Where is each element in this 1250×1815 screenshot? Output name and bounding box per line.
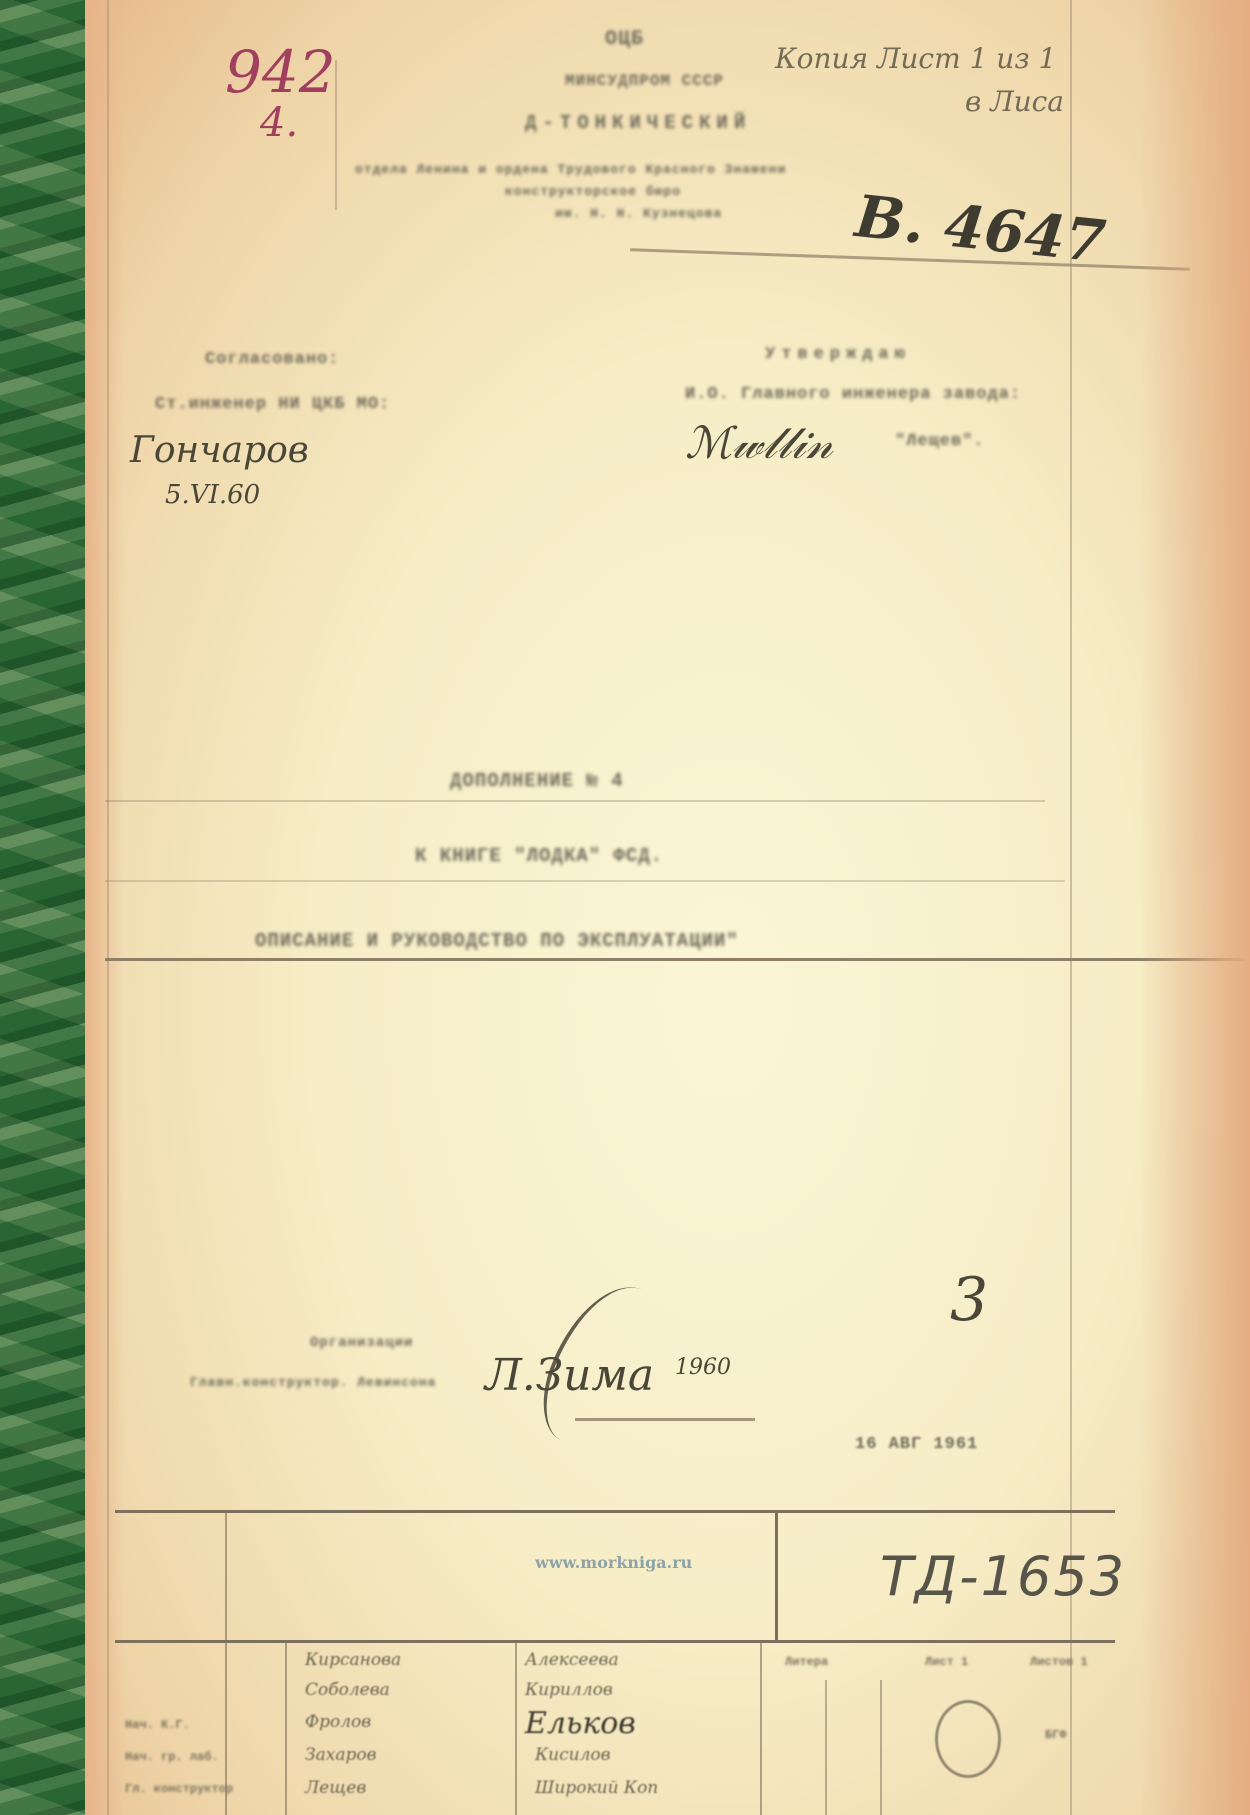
org-line-1: МИНСУДПРОМ СССР — [565, 72, 724, 90]
agreed-label: Согласовано: — [205, 350, 339, 369]
tb-rule-col2 — [285, 1640, 287, 1815]
page-number: 3 — [950, 1265, 988, 1335]
tb-rule-col5 — [825, 1680, 827, 1815]
title-line-3: ОПИСАНИЕ И РУКОВОДСТВО ПО ЭКСПЛУАТАЦИИ" — [255, 930, 739, 952]
title-underline — [105, 958, 1245, 961]
org-line-4: конструкторское бюро — [505, 184, 681, 199]
tb-rule-col4 — [760, 1640, 762, 1815]
approved-name: "Лещев". — [895, 432, 985, 451]
title-rule-1 — [105, 800, 1045, 802]
approved-label: Утверждаю — [765, 345, 911, 364]
tb-header-litera: Литера — [785, 1655, 828, 1669]
org-line-2: Д-ТОНКИЧЕСКИЙ — [525, 112, 751, 134]
tb-row-5-name: Лещев — [305, 1778, 366, 1798]
tb-row-4-name: Захаров — [305, 1745, 376, 1765]
tb-sheet-note: БГФ — [1045, 1728, 1067, 1742]
green-binding-spine — [0, 0, 85, 1815]
left-margin-rule — [107, 0, 109, 1815]
tb-row-4-sign: Кисилов — [535, 1745, 611, 1765]
agreed-date: 5.VI.60 — [165, 480, 260, 510]
handwritten-copy-note: Копия Лист 1 из 1 — [775, 42, 1056, 75]
tb-row-3-name: Фролов — [305, 1712, 371, 1732]
title-line-2: К КНИГЕ "ЛОДКА" ФСД. — [415, 845, 663, 867]
tb-row-3-role: Нач. К.Г. — [125, 1718, 190, 1732]
agreed-position: Ст.инженер НИ ЦКБ МО: — [155, 395, 390, 414]
tb-top-rule — [115, 1510, 1115, 1513]
document-code: ТД-1653 — [880, 1545, 1126, 1608]
tb-rule-col3 — [515, 1640, 517, 1815]
signature-underline — [575, 1418, 755, 1421]
tb-rule-col6 — [880, 1680, 882, 1815]
organization-label: Организации — [310, 1335, 413, 1351]
document-page: 942 4. ОЦБ МИНСУДПРОМ СССР Д-ТОНКИЧЕСКИЙ… — [85, 0, 1250, 1815]
tb-rule-right — [775, 1510, 778, 1640]
agreed-signature: Гончаров — [130, 430, 309, 471]
chief-designer-label: Главн.конструктор. Левинсона — [190, 1375, 436, 1390]
tb-row-5-role: Гл. конструктор — [125, 1782, 233, 1796]
org-line-5: им. Н. Н. Кузнецова — [555, 206, 722, 221]
otk-stamp-icon — [935, 1700, 1001, 1778]
watermark: www.morkniga.ru — [535, 1553, 692, 1572]
handwritten-copy-note-2: в Лиса — [965, 85, 1064, 118]
tb-row-3-sign: Ельков — [525, 1706, 636, 1741]
approved-signature: ℳ𝓌𝓁𝓁𝒾𝓃 — [685, 418, 833, 469]
tb-row-2-name: Соболева — [305, 1680, 390, 1700]
tb-row-4-role: Нач. гр. лаб. — [125, 1750, 219, 1764]
title-line-1: ДОПОЛНЕНИЕ № 4 — [450, 770, 624, 792]
received-date-stamp: 16 АВГ 1961 — [855, 1435, 978, 1454]
tb-row-1-sign: Алексеева — [525, 1650, 619, 1670]
archive-sub-number: 4. — [260, 100, 298, 146]
title-rule-2 — [105, 880, 1065, 882]
tb-header-sheet: Лист 1 — [925, 1655, 968, 1669]
signature-year-note: 1960 — [675, 1355, 731, 1380]
tb-header-sheets: Листов 1 — [1030, 1655, 1088, 1669]
tb-row-5-sign: Широкий Коп — [535, 1778, 658, 1798]
archive-number: 942 — [225, 38, 336, 106]
tb-mid-rule — [115, 1640, 1115, 1643]
approved-position: И.О. Главного инженера завода: — [685, 385, 1021, 404]
org-line-3: отдела Ленина и ордена Трудового Красног… — [355, 162, 786, 177]
small-code: ОЦБ — [605, 28, 644, 51]
tb-row-2-sign: Кириллов — [525, 1680, 613, 1700]
tb-rule-col1 — [225, 1510, 227, 1815]
tb-row-1-name: Кирсанова — [305, 1650, 401, 1670]
